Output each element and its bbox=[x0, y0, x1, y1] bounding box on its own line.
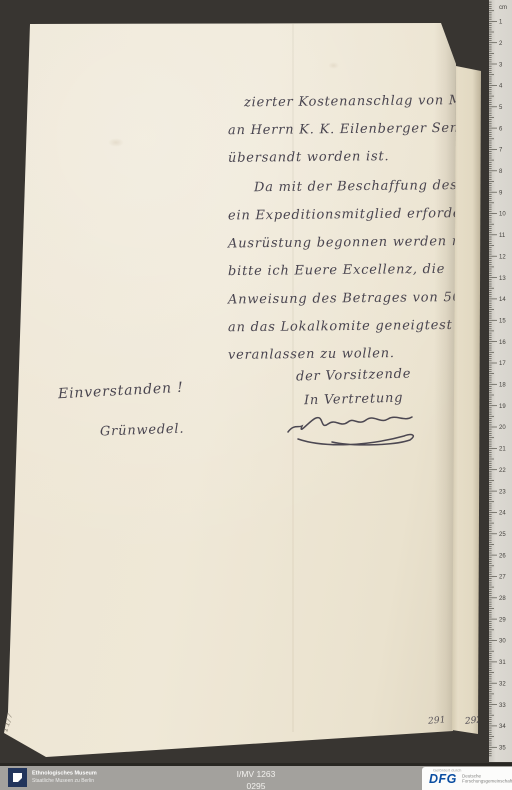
svg-text:7: 7 bbox=[499, 148, 503, 154]
svg-text:31: 31 bbox=[499, 660, 506, 666]
folio-number: 291 bbox=[428, 715, 447, 727]
footer-bar: Ethnologisches Museum Staatliche Museen … bbox=[0, 763, 512, 790]
svg-text:27: 27 bbox=[499, 575, 506, 581]
handwriting-line: an Herrn K. K. Eilenberger Send bbox=[228, 121, 468, 139]
svg-text:28: 28 bbox=[499, 596, 506, 602]
approval-note: Einverstanden ! bbox=[58, 380, 184, 403]
closing-role: der Vorsitzende bbox=[296, 366, 412, 384]
signature-flourish bbox=[284, 406, 424, 450]
svg-text:18: 18 bbox=[499, 383, 506, 389]
svg-text:21: 21 bbox=[499, 447, 506, 453]
svg-text:23: 23 bbox=[499, 489, 506, 495]
svg-text:4: 4 bbox=[499, 84, 503, 90]
handwriting-line: an das Lokalkomite geneigtest zu bbox=[228, 318, 474, 336]
svg-text:8: 8 bbox=[499, 169, 503, 175]
adjacent-folio-number: 292 bbox=[465, 715, 483, 727]
ruler: cm12345678910111213141516171819202122232… bbox=[489, 0, 512, 762]
svg-text:35: 35 bbox=[499, 746, 506, 752]
handwriting-line: bitte ich Euere Excellenz, die bbox=[228, 262, 445, 279]
svg-text:30: 30 bbox=[499, 639, 506, 645]
svg-text:17: 17 bbox=[499, 361, 506, 367]
svg-text:24: 24 bbox=[499, 511, 506, 517]
funding-name: Deutsche Forschungsgemeinschaft bbox=[462, 774, 512, 788]
svg-text:19: 19 bbox=[499, 404, 506, 410]
svg-text:14: 14 bbox=[499, 297, 506, 303]
svg-text:cm: cm bbox=[499, 5, 507, 11]
scan-stage: zierter Kostenanschlag von M. 5.— an Her… bbox=[0, 0, 512, 790]
document-page: zierter Kostenanschlag von M. 5.— an Her… bbox=[0, 0, 482, 762]
svg-text:16: 16 bbox=[499, 340, 506, 346]
svg-text:3: 3 bbox=[499, 62, 503, 68]
handwriting-line: übersandt worden ist. bbox=[228, 149, 389, 166]
svg-text:9: 9 bbox=[499, 190, 503, 196]
svg-text:26: 26 bbox=[499, 553, 506, 559]
archival-pencil-note: IA 11/7 bbox=[0, 711, 16, 746]
svg-text:11: 11 bbox=[499, 233, 506, 239]
svg-text:6: 6 bbox=[499, 126, 503, 132]
svg-text:22: 22 bbox=[499, 468, 506, 474]
paper-stain bbox=[108, 138, 124, 147]
svg-text:34: 34 bbox=[499, 724, 506, 730]
svg-text:15: 15 bbox=[499, 318, 506, 324]
approval-signature: Grünwedel. bbox=[100, 422, 185, 440]
funding-logo-block: Gefördert durch DFG Deutsche Forschungsg… bbox=[422, 767, 512, 790]
svg-text:13: 13 bbox=[499, 276, 506, 282]
svg-text:25: 25 bbox=[499, 532, 506, 538]
ruler-scale: cm12345678910111213141516171819202122232… bbox=[489, 0, 512, 762]
handwriting-line: veranlassen zu wollen. bbox=[228, 346, 395, 363]
paper-stain bbox=[328, 62, 339, 69]
dfg-logo: DFG bbox=[429, 772, 457, 786]
svg-text:29: 29 bbox=[499, 617, 506, 623]
svg-text:12: 12 bbox=[499, 254, 506, 260]
svg-text:20: 20 bbox=[499, 425, 506, 431]
handwriting-line: Da mit der Beschaffung des für bbox=[254, 178, 484, 195]
svg-text:32: 32 bbox=[499, 681, 506, 687]
svg-text:33: 33 bbox=[499, 703, 506, 709]
svg-text:5: 5 bbox=[499, 105, 503, 111]
svg-text:1: 1 bbox=[499, 20, 503, 26]
svg-text:10: 10 bbox=[499, 212, 506, 218]
svg-text:2: 2 bbox=[499, 41, 503, 47]
